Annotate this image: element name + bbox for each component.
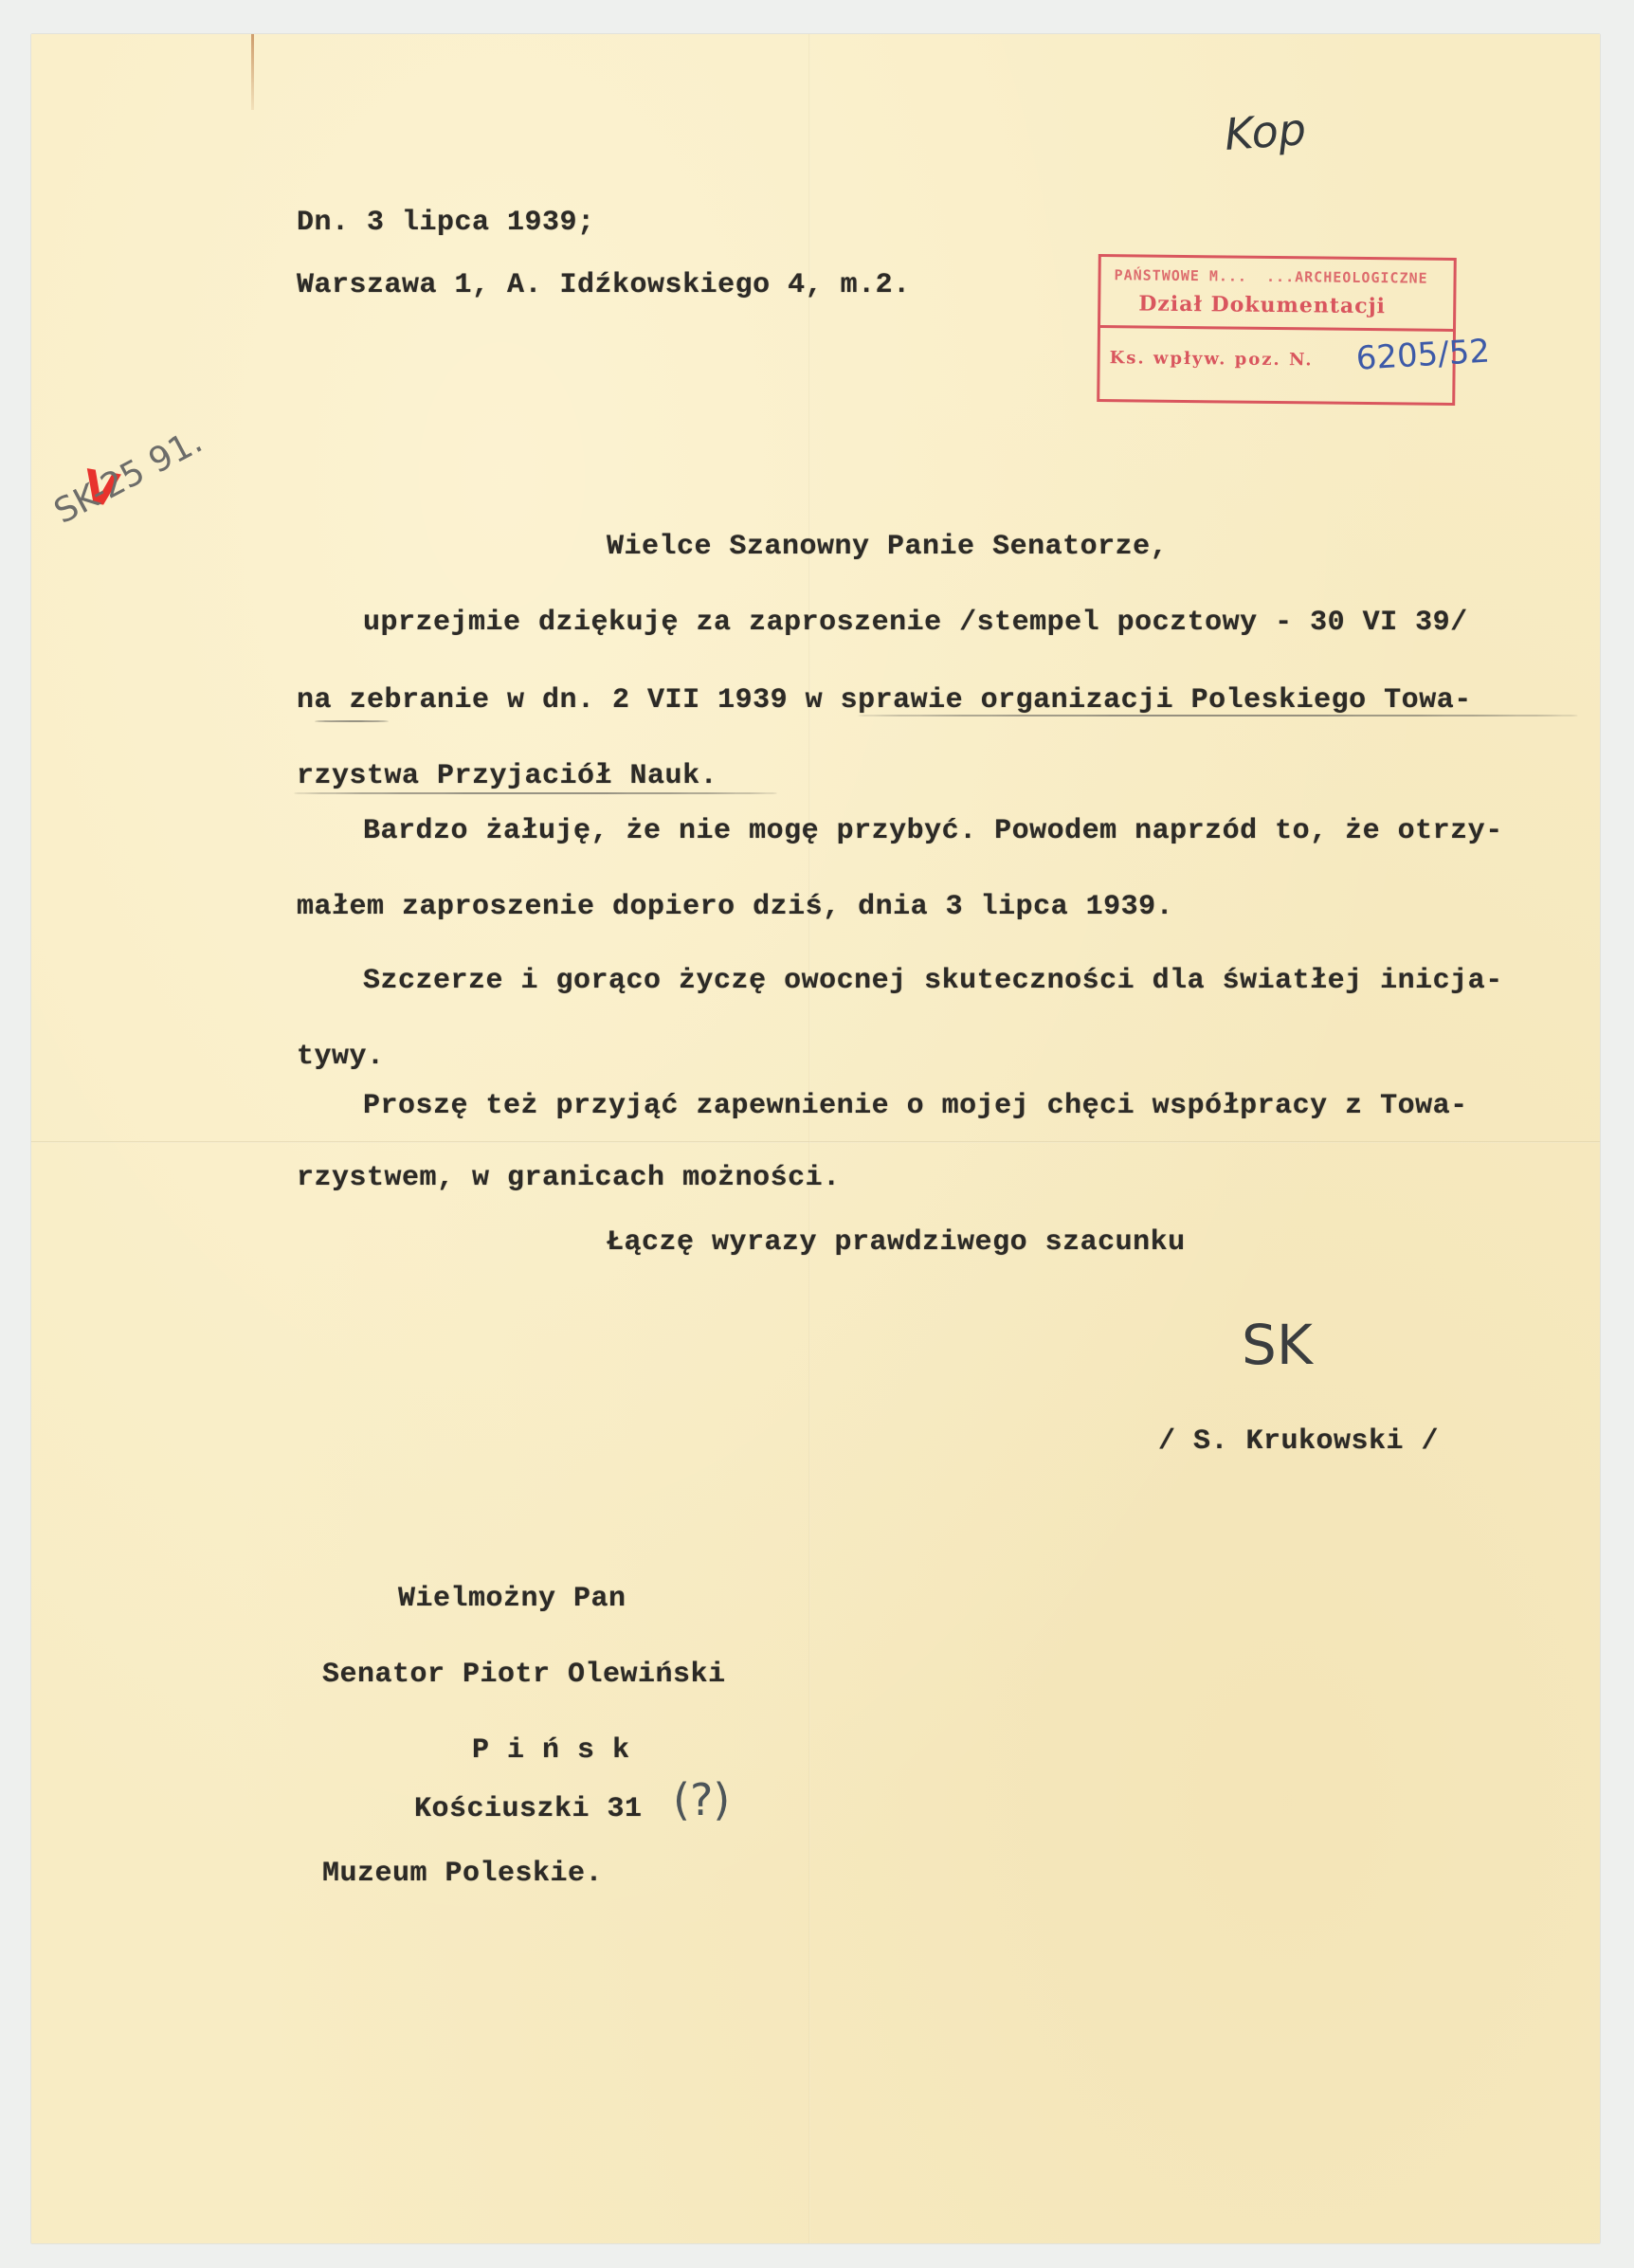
body-line-2: na zebranie w dn. 2 VII 1939 w sprawie o… [297, 684, 1472, 717]
body-line-9: rzystwem, w granicach możności. [297, 1162, 841, 1194]
body-line-4: Bardzo żałuję, że nie mogę przybyć. Powo… [363, 815, 1503, 847]
handwritten-signature: SK [1242, 1313, 1313, 1377]
stamp-registration-number: 6205/52 [1355, 332, 1491, 377]
date-line: Dn. 3 lipca 1939; [297, 207, 595, 239]
archive-stamp: PAŃSTWOWE M... ...ARCHEOLOGICZNE Dział D… [1097, 254, 1457, 406]
stamp-institution: PAŃSTWOWE M... ...ARCHEOLOGICZNE [1115, 266, 1444, 287]
vertical-fold-line [808, 34, 810, 2243]
stamp-register-label: Ks. wpływ. poz. N. [1110, 348, 1314, 370]
body-line-3: rzystwa Przyjaciół Nauk. [297, 760, 717, 792]
body-line-1: uprzejmie dziękuję za zaproszenie /stemp… [363, 607, 1468, 639]
stamp-divider [1100, 325, 1453, 332]
body-line-8: Proszę też przyjąć zapewnienie o mojej c… [363, 1090, 1468, 1122]
handwritten-note-kop: Kop [1223, 103, 1307, 160]
pencil-underline-zebranie [315, 720, 389, 722]
pencil-underline-towarzystwa [294, 792, 777, 794]
stamp-department: Dział Dokumentacji [1138, 291, 1386, 318]
pencil-underline-sprawie [858, 715, 1578, 717]
salutation: Wielce Szanowny Panie Senatorze, [607, 531, 1168, 563]
recipient-institution: Muzeum Poleskie. [322, 1858, 603, 1890]
recipient-title: Wielmożny Pan [398, 1583, 626, 1615]
horizontal-fold-line [31, 1141, 1600, 1143]
body-line-7: tywy. [297, 1041, 385, 1073]
body-line-6: Szczerze i gorąco życzę owocnej skuteczn… [363, 965, 1503, 997]
body-line-5: małem zaproszenie dopiero dziś, dnia 3 l… [297, 891, 1173, 923]
recipient-street: Kościuszki 31 [414, 1793, 643, 1825]
rust-stain [251, 34, 254, 110]
handwritten-query-mark: (?) [673, 1774, 730, 1825]
sender-address: Warszawa 1, A. Idźkowskiego 4, m.2. [297, 269, 911, 301]
closing-line: Łączę wyrazy prawdziwego szacunku [607, 1226, 1186, 1259]
recipient-city: P i ń s k [472, 1734, 630, 1767]
typed-signature: / S. Krukowski / [1158, 1425, 1439, 1458]
recipient-name: Senator Piotr Olewiński [322, 1659, 726, 1691]
